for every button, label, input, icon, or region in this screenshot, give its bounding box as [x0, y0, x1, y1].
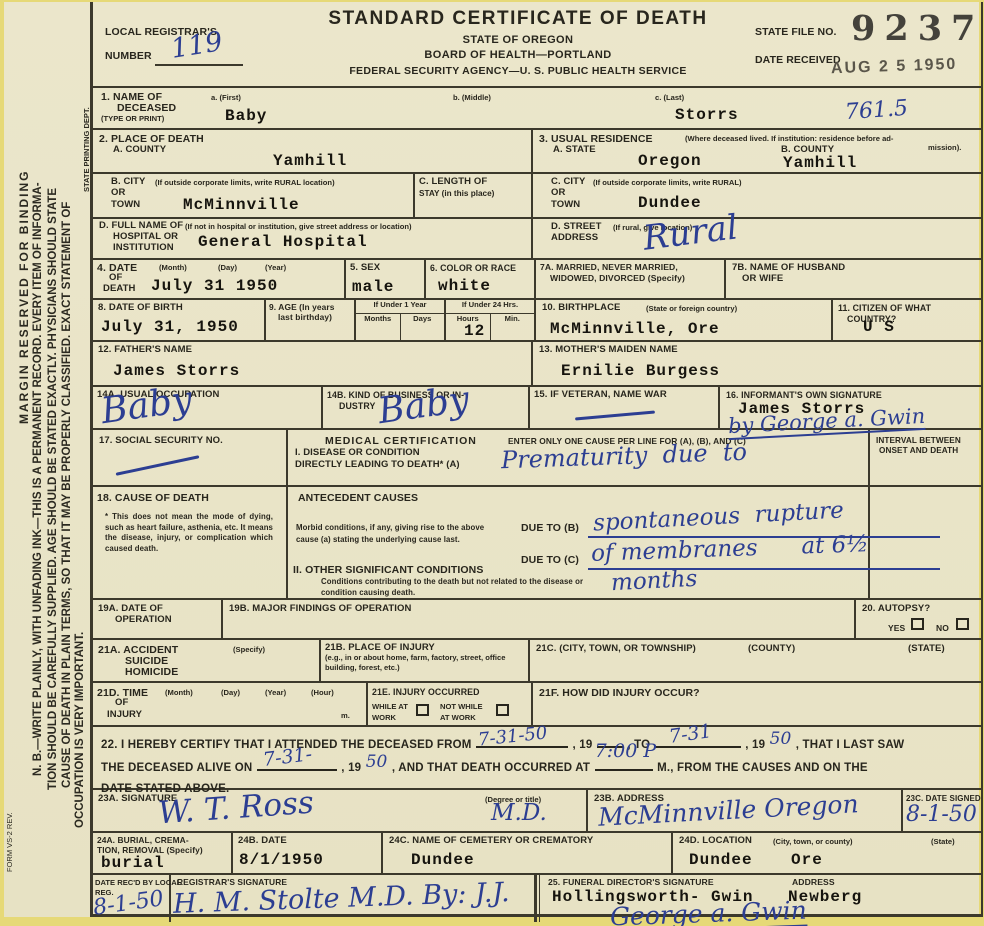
citizen-cell: 11. CITIZEN OF WHAT COUNTRY? U S: [833, 300, 981, 340]
disease-label-2: DIRECTLY LEADING TO DEATH* (A): [295, 460, 460, 471]
physician-signature-handwritten: W. T. Ross: [157, 785, 315, 832]
operation-label-2: OPERATION: [115, 615, 172, 626]
code-number-value: 761.5: [844, 96, 909, 125]
certificate-title: STANDARD CERTIFICATE OF DEATH: [283, 8, 753, 30]
interval-label-1: INTERVAL BETWEEN: [876, 436, 961, 445]
city-note: (If outside corporate limits, write RURA…: [155, 178, 335, 187]
residence-county-value: Yamhill: [783, 154, 857, 172]
place-of-death-county: 2. PLACE OF DEATH A. COUNTY Yamhill: [93, 130, 531, 174]
row-registrar: DATE REC'D BY LOCAL REG. 8-1-50 REGISTRA…: [93, 875, 981, 922]
or-label: OR: [111, 188, 125, 199]
veteran-label: 15. IF VETERAN, NAME WAR: [534, 390, 667, 401]
form-header: LOCAL REGISTRAR'S NUMBER 119 STANDARD CE…: [93, 2, 981, 88]
state-file-no-label: STATE FILE NO.: [755, 26, 837, 38]
certify-year2-value: 50: [770, 729, 792, 749]
how-injury-label: 21F. HOW DID INJURY OCCUR?: [539, 687, 700, 699]
accident-specify-note: (Specify): [233, 645, 265, 654]
dod-month-label: (Month): [159, 263, 187, 272]
autopsy-no-checkbox: [956, 618, 969, 630]
birthplace-label: 10. BIRTHPLACE: [542, 303, 620, 314]
residence-city-note: (If outside corporate limits, write RURA…: [593, 178, 742, 187]
registrar-number-value: 119: [169, 26, 225, 65]
autopsy-yes-checkbox: [911, 618, 924, 630]
date-signed-handwritten: 8-1-50: [906, 802, 977, 827]
burial-location-cell: 24D. LOCATION (City, town, or county) (S…: [673, 833, 981, 873]
burial-date-cell: 24B. DATE 8/1/1950: [233, 833, 383, 873]
medical-certification-block: 17. SOCIAL SECURITY NO. MEDICAL CERTIFIC…: [93, 430, 981, 600]
fd-address-label: ADDRESS: [792, 878, 835, 888]
business-value-handwritten: Baby: [376, 379, 472, 432]
under-1-year-cell: If Under 1 Year Months Days: [356, 300, 446, 340]
dod-year-label: (Year): [265, 263, 286, 272]
hospital-value: General Hospital: [198, 233, 368, 251]
registrar-signature-cell: REGISTRAR'S SIGNATURE H. M. Stolte M.D. …: [171, 875, 536, 922]
injury-occurred-cell: 21E. INJURY OCCURRED WHILE AT WORK NOT W…: [368, 683, 533, 725]
autopsy-label: 20. AUTOPSY?: [862, 604, 930, 615]
not-while-at-work-checkbox: [496, 704, 509, 716]
residence-note-1: (Where deceased lived. If institution: r…: [685, 134, 893, 143]
agency-line: FEDERAL SECURITY AGENCY—U. S. PUBLIC HEA…: [283, 65, 753, 77]
accident-label-3: HOMICIDE: [125, 666, 178, 678]
major-findings-cell: 19B. MAJOR FINDINGS OF OPERATION: [223, 600, 856, 638]
age-label-2: last birthday): [278, 313, 332, 323]
other-significant-note: Conditions contributing to the death but…: [321, 577, 601, 599]
header-titles: STANDARD CERTIFICATE OF DEATH STATE OF O…: [283, 8, 753, 77]
color-race-value: white: [438, 277, 491, 295]
certificate-form: LOCAL REGISTRAR'S NUMBER 119 STANDARD CE…: [90, 2, 983, 917]
ssn-label: 17. SOCIAL SECURITY NO.: [99, 436, 223, 447]
funeral-director-cell: 25. FUNERAL DIRECTOR'S SIGNATURE ADDRESS…: [536, 875, 981, 922]
certify-time-value: 7:00 P: [595, 741, 657, 762]
place-of-injury-note: (e.g., in or about home, farm, factory, …: [325, 653, 520, 673]
informant-cell: 16. INFORMANT'S OWN SIGNATURE James Stor…: [720, 387, 981, 428]
board-line: BOARD OF HEALTH—PORTLAND: [283, 49, 753, 62]
certify-from-blank: 7-31-50: [476, 734, 568, 748]
major-findings-label: 19B. MAJOR FINDINGS OF OPERATION: [229, 604, 411, 615]
row-operation: 19A. DATE OF OPERATION 19B. MAJOR FINDIN…: [93, 600, 981, 640]
at-work-label: AT WORK: [440, 713, 476, 722]
place-of-death-column: 2. PLACE OF DEATH A. COUNTY Yamhill B. C…: [93, 130, 533, 258]
place-of-injury-cell: 21B. PLACE OF INJURY (e.g., in or about …: [321, 640, 530, 681]
hospital-cell: D. FULL NAME OF (If not in hospital or i…: [93, 219, 531, 256]
interval-label-2: ONSET AND DEATH: [879, 446, 958, 455]
margin-nb-line4: OCCUPATION IS VERY IMPORTANT.: [74, 547, 86, 912]
med-divider-right: [868, 430, 870, 600]
accident-cell: 21A. ACCIDENT SUICIDE HOMICIDE (Specify): [93, 640, 321, 681]
occupation-value-handwritten: Baby: [99, 379, 195, 432]
location-state-note: (State): [931, 837, 955, 846]
row-certification-statement: 22. I HEREBY CERTIFY THAT I ATTENDED THE…: [93, 727, 981, 790]
sex-label: 5. SEX: [350, 263, 380, 274]
due-to-b-label: DUE TO (B): [521, 522, 579, 534]
time-of-injury-cell: 21D. TIME OF INJURY (Month) (Day) (Year)…: [93, 683, 368, 725]
location-city-note: (City, town, or county): [773, 837, 853, 846]
ssn-dash-handwritten: [116, 455, 200, 476]
how-injury-occurred-cell: 21F. HOW DID INJURY OCCUR?: [533, 683, 981, 725]
dob-label: 8. DATE OF BIRTH: [98, 303, 183, 314]
burial-date-label: 24B. DATE: [238, 836, 287, 847]
injury-state-label: (STATE): [908, 644, 945, 655]
certify-text-5: , THAT I LAST SAW: [796, 739, 905, 751]
residence-town-label: TOWN: [551, 200, 580, 211]
cemetery-value: Dundee: [411, 851, 475, 869]
sex-cell: 5. SEX male: [346, 260, 426, 298]
marital-label-2: WIDOWED, DIVORCED (Specify): [550, 274, 685, 284]
citizen-value: U S: [863, 318, 895, 336]
certify-text-6: THE DECEASED ALIVE ON: [101, 762, 252, 774]
margin-nb-line3: CAUSE OF DEATH IN PLAIN TERMS, SO THAT I…: [61, 74, 73, 916]
middle-name-label: b. (Middle): [453, 93, 491, 102]
row-birth-age: 8. DATE OF BIRTH July 31, 1950 9. AGE (I…: [93, 300, 981, 342]
hospital-note: (If not in hospital or institution, give…: [185, 222, 412, 231]
while-at-work-checkbox: [416, 704, 429, 716]
length-of-stay-label-1: C. LENGTH OF: [419, 177, 487, 188]
hours-value: 12: [464, 322, 485, 340]
cemetery-cell: 24C. NAME OF CEMETERY OR CREMATORY Dunde…: [383, 833, 673, 873]
physician-address-cell: 23B. ADDRESS McMinnville Oregon: [588, 790, 903, 831]
row-accident: 21A. ACCIDENT SUICIDE HOMICIDE (Specify)…: [93, 640, 981, 683]
residence-state-county: 3. USUAL RESIDENCE (Where deceased lived…: [533, 130, 981, 174]
autopsy-no-label: NO: [936, 624, 949, 634]
occupation-cell: 14A. USUAL OCCUPATION Baby: [93, 387, 323, 428]
funeral-director-label: 25. FUNERAL DIRECTOR'S SIGNATURE: [548, 878, 714, 888]
row-parents: 12. FATHER'S NAME James Storrs 13. MOTHE…: [93, 342, 981, 387]
min-label: Min.: [491, 314, 535, 340]
death-certificate-scan: FORM VS-2 REV. MARGIN RESERVED FOR BINDI…: [0, 0, 984, 926]
street-address-cell: D. STREET ADDRESS (If rural, give locati…: [533, 219, 981, 256]
last-name-value: Storrs: [675, 106, 739, 124]
city-or-town-cell: B. CITY (If outside corporate limits, wr…: [93, 174, 415, 217]
marital-status-cell: 7A. MARRIED, NEVER MARRIED, WIDOWED, DIV…: [536, 260, 726, 298]
morbid-conditions-note: Morbid conditions, if any, giving rise t…: [296, 522, 504, 545]
registrar-number-line: [155, 64, 243, 66]
residence-state-value: Oregon: [638, 152, 702, 170]
medical-certification-title: MEDICAL CERTIFICATION: [325, 435, 477, 447]
time-label-3: INJURY: [107, 710, 142, 721]
veteran-cell: 15. IF VETERAN, NAME WAR: [530, 387, 720, 428]
margin-binding-note: MARGIN RESERVED FOR BINDING: [17, 17, 31, 577]
residence-note-2: mission).: [928, 143, 961, 152]
date-recd-label-1: DATE REC'D BY LOCAL: [95, 878, 181, 887]
margin-nb-line2: TION SHOULD BE CAREFULLY SUPPLIED. AGE S…: [47, 64, 59, 914]
street-label-2: ADDRESS: [551, 233, 598, 244]
date-of-birth-cell: 8. DATE OF BIRTH July 31, 1950: [93, 300, 266, 340]
autopsy-yes-label: YES: [888, 624, 905, 634]
dod-value: July 31 1950: [151, 277, 278, 295]
row-date-of-death: 4. DATE OF DEATH (Month) (Day) (Year) Ju…: [93, 260, 981, 300]
city-value: McMinnville: [183, 196, 300, 214]
business-cell: 14B. KIND OF BUSINESS OR IN- DUSTRY Baby: [323, 387, 530, 428]
under-24-hrs-cell: If Under 24 Hrs. Hours Min. 12: [446, 300, 534, 340]
dod-day-label: (Day): [218, 263, 237, 272]
burial-type-cell: 24A. BURIAL, CREMA- TION, REMOVAL (Speci…: [93, 833, 233, 873]
place-of-death-city-row: B. CITY (If outside corporate limits, wr…: [93, 174, 531, 219]
certificate-paper: FORM VS-2 REV. MARGIN RESERVED FOR BINDI…: [4, 2, 979, 917]
certify-text-7: , 19: [341, 762, 361, 774]
state-file-number-stamp: 9237: [851, 8, 984, 49]
dob-value: July 31, 1950: [101, 318, 239, 336]
length-of-stay-cell: C. LENGTH OF STAY (in this place): [415, 174, 531, 217]
location-state-value: Ore: [791, 851, 823, 869]
work-label: WORK: [372, 713, 396, 722]
business-label-2: DUSTRY: [339, 401, 375, 411]
birthplace-note: (State or foreign country): [646, 304, 737, 313]
burial-type-value: burial: [101, 854, 165, 872]
first-name-label: a. (First): [211, 93, 241, 102]
injury-location-cell: 21C. (CITY, TOWN, OR TOWNSHIP) (COUNTY) …: [530, 640, 981, 681]
injury-county-label: (COUNTY): [748, 644, 795, 655]
sex-value: male: [352, 278, 394, 296]
marital-label-1: 7A. MARRIED, NEVER MARRIED,: [540, 263, 678, 273]
father-label: 12. FATHER'S NAME: [98, 345, 192, 356]
residence-city-cell: C. CITY (If outside corporate limits, wr…: [533, 174, 981, 219]
row-name-of-deceased: 1. NAME OF DECEASED (TYPE OR PRINT) a. (…: [93, 88, 981, 130]
injury-year-label: (Year): [265, 688, 286, 697]
usual-residence-column: 3. USUAL RESIDENCE (Where deceased lived…: [533, 130, 981, 258]
row-burial: 24A. BURIAL, CREMA- TION, REMOVAL (Speci…: [93, 833, 981, 875]
autopsy-cell: 20. AUTOPSY? YES NO: [856, 600, 981, 638]
hospital-label-3: INSTITUTION: [113, 243, 174, 254]
certify-alive-blank: 7-31-: [257, 757, 337, 771]
burial-date-value: 8/1/1950: [239, 851, 324, 869]
date-received-label: DATE RECEIVED: [755, 54, 841, 66]
antecedent-causes-label: ANTECEDENT CAUSES: [298, 492, 418, 504]
cause-of-death-note: * This does not mean the mode of dying, …: [105, 512, 273, 554]
disease-label-1: I. DISEASE OR CONDITION: [295, 448, 420, 459]
registrar-number-label: NUMBER: [105, 50, 152, 62]
spouse-name-cell: 7B. NAME OF HUSBAND OR WIFE: [726, 260, 981, 298]
med-divider-left: [286, 430, 288, 600]
degree-value-handwritten: M.D.: [491, 800, 547, 826]
injury-city-label: 21C. (CITY, TOWN, OR TOWNSHIP): [536, 644, 696, 655]
injury-month-label: (Month): [165, 688, 193, 697]
length-of-stay-label-2: STAY (in this place): [419, 189, 494, 198]
birthplace-value: McMinnville, Ore: [550, 320, 720, 338]
physician-signature-cell: 23A. SIGNATURE (Degree or title) W. T. R…: [93, 790, 588, 831]
certify-text-2: , 19: [572, 739, 592, 751]
father-name-cell: 12. FATHER'S NAME James Storrs: [93, 342, 533, 385]
row-signature: 23A. SIGNATURE (Degree or title) W. T. R…: [93, 790, 981, 833]
due-to-c-label: DUE TO (C): [521, 554, 579, 566]
age-cell: 9. AGE (In years last birthday) If Under…: [266, 300, 536, 340]
residence-state-label: A. STATE: [553, 145, 596, 156]
not-while-label: NOT WHILE: [440, 702, 483, 711]
injury-m-label: m.: [341, 711, 350, 720]
certify-time-blank: 7:00 P: [595, 757, 653, 771]
under-1-year-label: If Under 1 Year: [356, 300, 444, 314]
margin-nb-line1: N. B.—WRITE PLAINLY, WITH UNFADING INK—T…: [32, 42, 44, 917]
while-at-label: WHILE AT: [372, 702, 408, 711]
certify-to-blank: 7-31: [655, 734, 741, 748]
location-label: 24D. LOCATION: [679, 836, 752, 847]
date-received-local-cell: DATE REC'D BY LOCAL REG. 8-1-50: [93, 875, 171, 922]
row-occupation: 14A. USUAL OCCUPATION Baby 14B. KIND OF …: [93, 387, 981, 430]
state-line: STATE OF OREGON: [283, 34, 753, 47]
informant-label: 16. INFORMANT'S OWN SIGNATURE: [726, 390, 882, 400]
father-value: James Storrs: [113, 362, 240, 380]
injury-hour-label: (Hour): [311, 688, 334, 697]
certify-text-9: M., FROM THE CAUSES AND ON THE: [657, 762, 868, 774]
mother-label: 13. MOTHER'S MAIDEN NAME: [539, 345, 678, 356]
location-value: Dundee: [689, 851, 753, 869]
injury-occurred-label: 21E. INJURY OCCURRED: [372, 687, 480, 697]
injury-day-label: (Day): [221, 688, 240, 697]
mother-name-cell: 13. MOTHER'S MAIDEN NAME Ernilie Burgess: [533, 342, 981, 385]
cause-b-handwritten: spontaneous rupture: [592, 497, 844, 536]
date-of-death-cell: 4. DATE OF DEATH (Month) (Day) (Year) Ju…: [93, 260, 346, 298]
certify-from-value: 7-31-50: [477, 722, 548, 750]
certify-text-4: , 19: [745, 739, 765, 751]
town-label: TOWN: [111, 200, 140, 211]
row-place-and-residence: 2. PLACE OF DEATH A. COUNTY Yamhill B. C…: [93, 130, 981, 258]
dod-label-3: DEATH: [103, 284, 136, 295]
form-code: FORM VS-2 REV.: [5, 767, 14, 917]
under-24-hrs-label: If Under 24 Hrs.: [446, 300, 534, 314]
color-race-cell: 6. COLOR OR RACE white: [426, 260, 536, 298]
county-value: Yamhill: [273, 152, 347, 170]
med-hline: [93, 485, 981, 487]
name-label-2: DECEASED: [117, 102, 176, 114]
date-received-stamp: AUG 2 5 1950: [831, 56, 958, 78]
mother-value: Ernilie Burgess: [561, 362, 720, 380]
certify-text-8: , AND THAT DEATH OCCURRED AT: [392, 762, 590, 774]
type-or-print-note: (TYPE OR PRINT): [101, 114, 164, 123]
birthplace-cell: 10. BIRTHPLACE (State or foreign country…: [536, 300, 833, 340]
county-label: A. COUNTY: [113, 145, 166, 156]
color-race-label: 6. COLOR OR RACE: [430, 263, 516, 273]
other-significant-handwritten: months: [610, 566, 698, 596]
time-label-2: OF: [115, 698, 128, 709]
months-label: Months: [356, 314, 401, 340]
last-name-label: c. (Last): [655, 93, 684, 102]
spouse-label-2: OR WIFE: [742, 274, 783, 285]
residence-city-value: Dundee: [638, 194, 702, 212]
certify-to-value: 7-31: [667, 721, 712, 748]
veteran-dash-handwritten: [575, 411, 655, 421]
row-time-of-injury: 21D. TIME OF INJURY (Month) (Day) (Year)…: [93, 683, 981, 727]
certify-year3-value: 50: [366, 752, 388, 772]
other-significant-label: II. OTHER SIGNIFICANT CONDITIONS: [293, 564, 483, 576]
age-label-cell: 9. AGE (In years last birthday): [266, 300, 356, 340]
citizen-label-1: 11. CITIZEN OF WHAT: [838, 303, 931, 313]
certify-alive-value: 7-31-: [262, 744, 313, 771]
first-name-value: Baby: [225, 107, 267, 125]
cemetery-label: 24C. NAME OF CEMETERY OR CREMATORY: [389, 836, 593, 847]
cause-of-death-label: 18. CAUSE OF DEATH: [97, 492, 209, 504]
date-of-operation-cell: 19A. DATE OF OPERATION: [93, 600, 223, 638]
residence-or-label: OR: [551, 188, 565, 199]
date-signed-cell: 23C. DATE SIGNED 8-1-50: [903, 790, 981, 831]
days-label: Days: [401, 314, 445, 340]
